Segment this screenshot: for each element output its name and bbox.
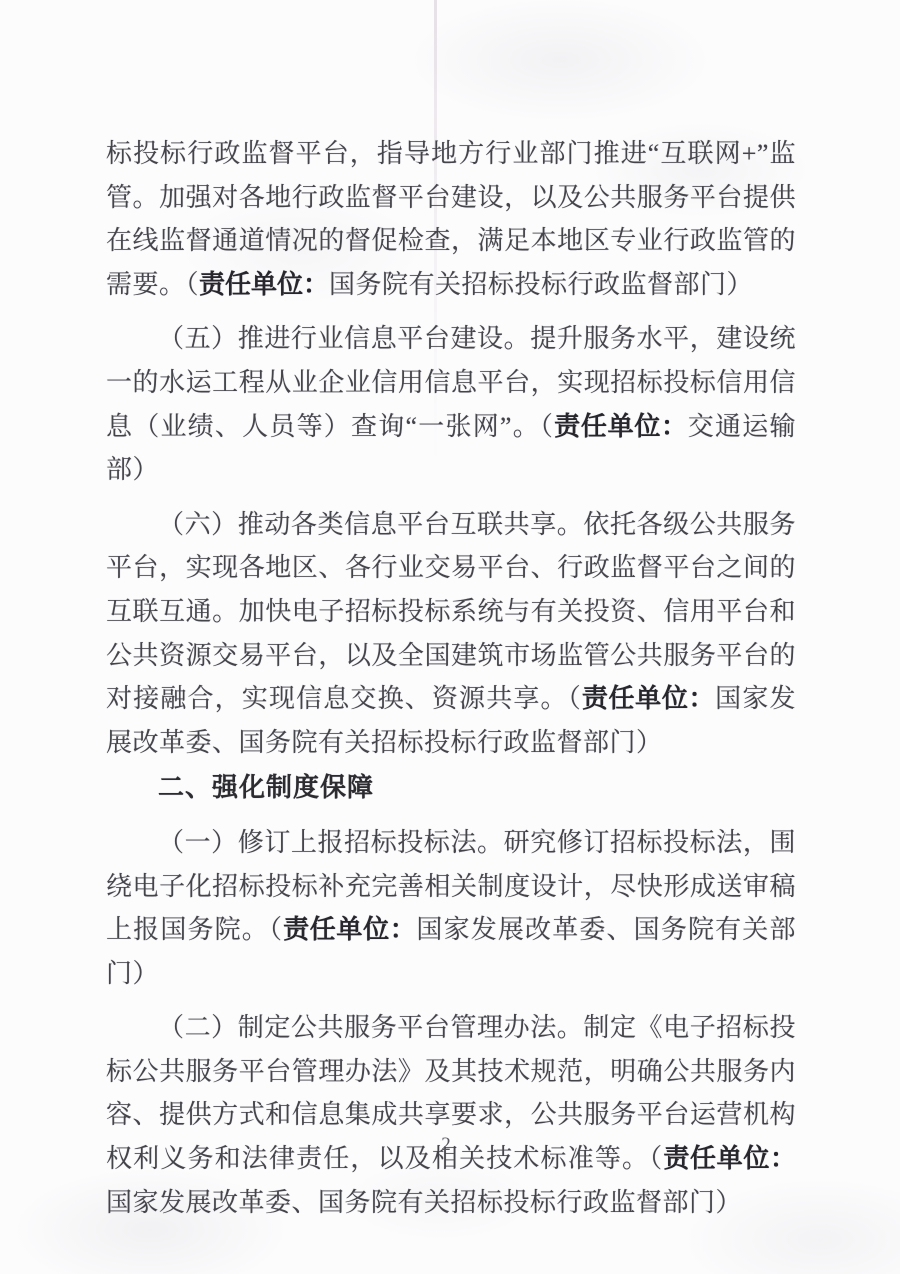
page-number: 2: [0, 1134, 892, 1156]
responsible-unit-label: 责任单位：: [283, 914, 416, 944]
section-heading-text: 二、强化制度保障: [158, 772, 374, 802]
paragraph-continuation: 标投标行政监督平台，指导地方行业部门推进“互联网+”监管。加强对各地行政监督平台…: [106, 132, 796, 306]
document-body: 标投标行政监督平台，指导地方行业部门推进“互联网+”监管。加强对各地行政监督平台…: [106, 132, 796, 1224]
paragraph-item-5: （五）推进行业信息平台建设。提升服务水平，建设统一的水运工程从业企业信用信息平台…: [106, 317, 796, 491]
responsible-unit-label: 责任单位：: [199, 269, 329, 299]
section-heading: 二、强化制度保障: [106, 766, 796, 810]
responsible-unit-label: 责任单位：: [582, 683, 715, 713]
paragraph-item-6: （六）推动各类信息平台互联共享。依托各级公共服务平台，实现各地区、各行业交易平台…: [106, 503, 796, 765]
responsible-unit-value: 国务院有关招标投标行政监督部门）: [329, 270, 753, 299]
paragraph-item-1: （一）修订上报招标投标法。研究修订招标投标法，围绕电子化招标投标补充完善相关制度…: [106, 821, 796, 995]
responsible-unit-value: 国家发展改革委、国务院有关招标投标行政监督部门）: [106, 1188, 742, 1217]
paragraph-item-2: （二）制定公共服务平台管理办法。制定《电子招标投标公共服务平台管理办法》及其技术…: [106, 1006, 796, 1224]
responsible-unit-label: 责任单位：: [554, 411, 688, 441]
